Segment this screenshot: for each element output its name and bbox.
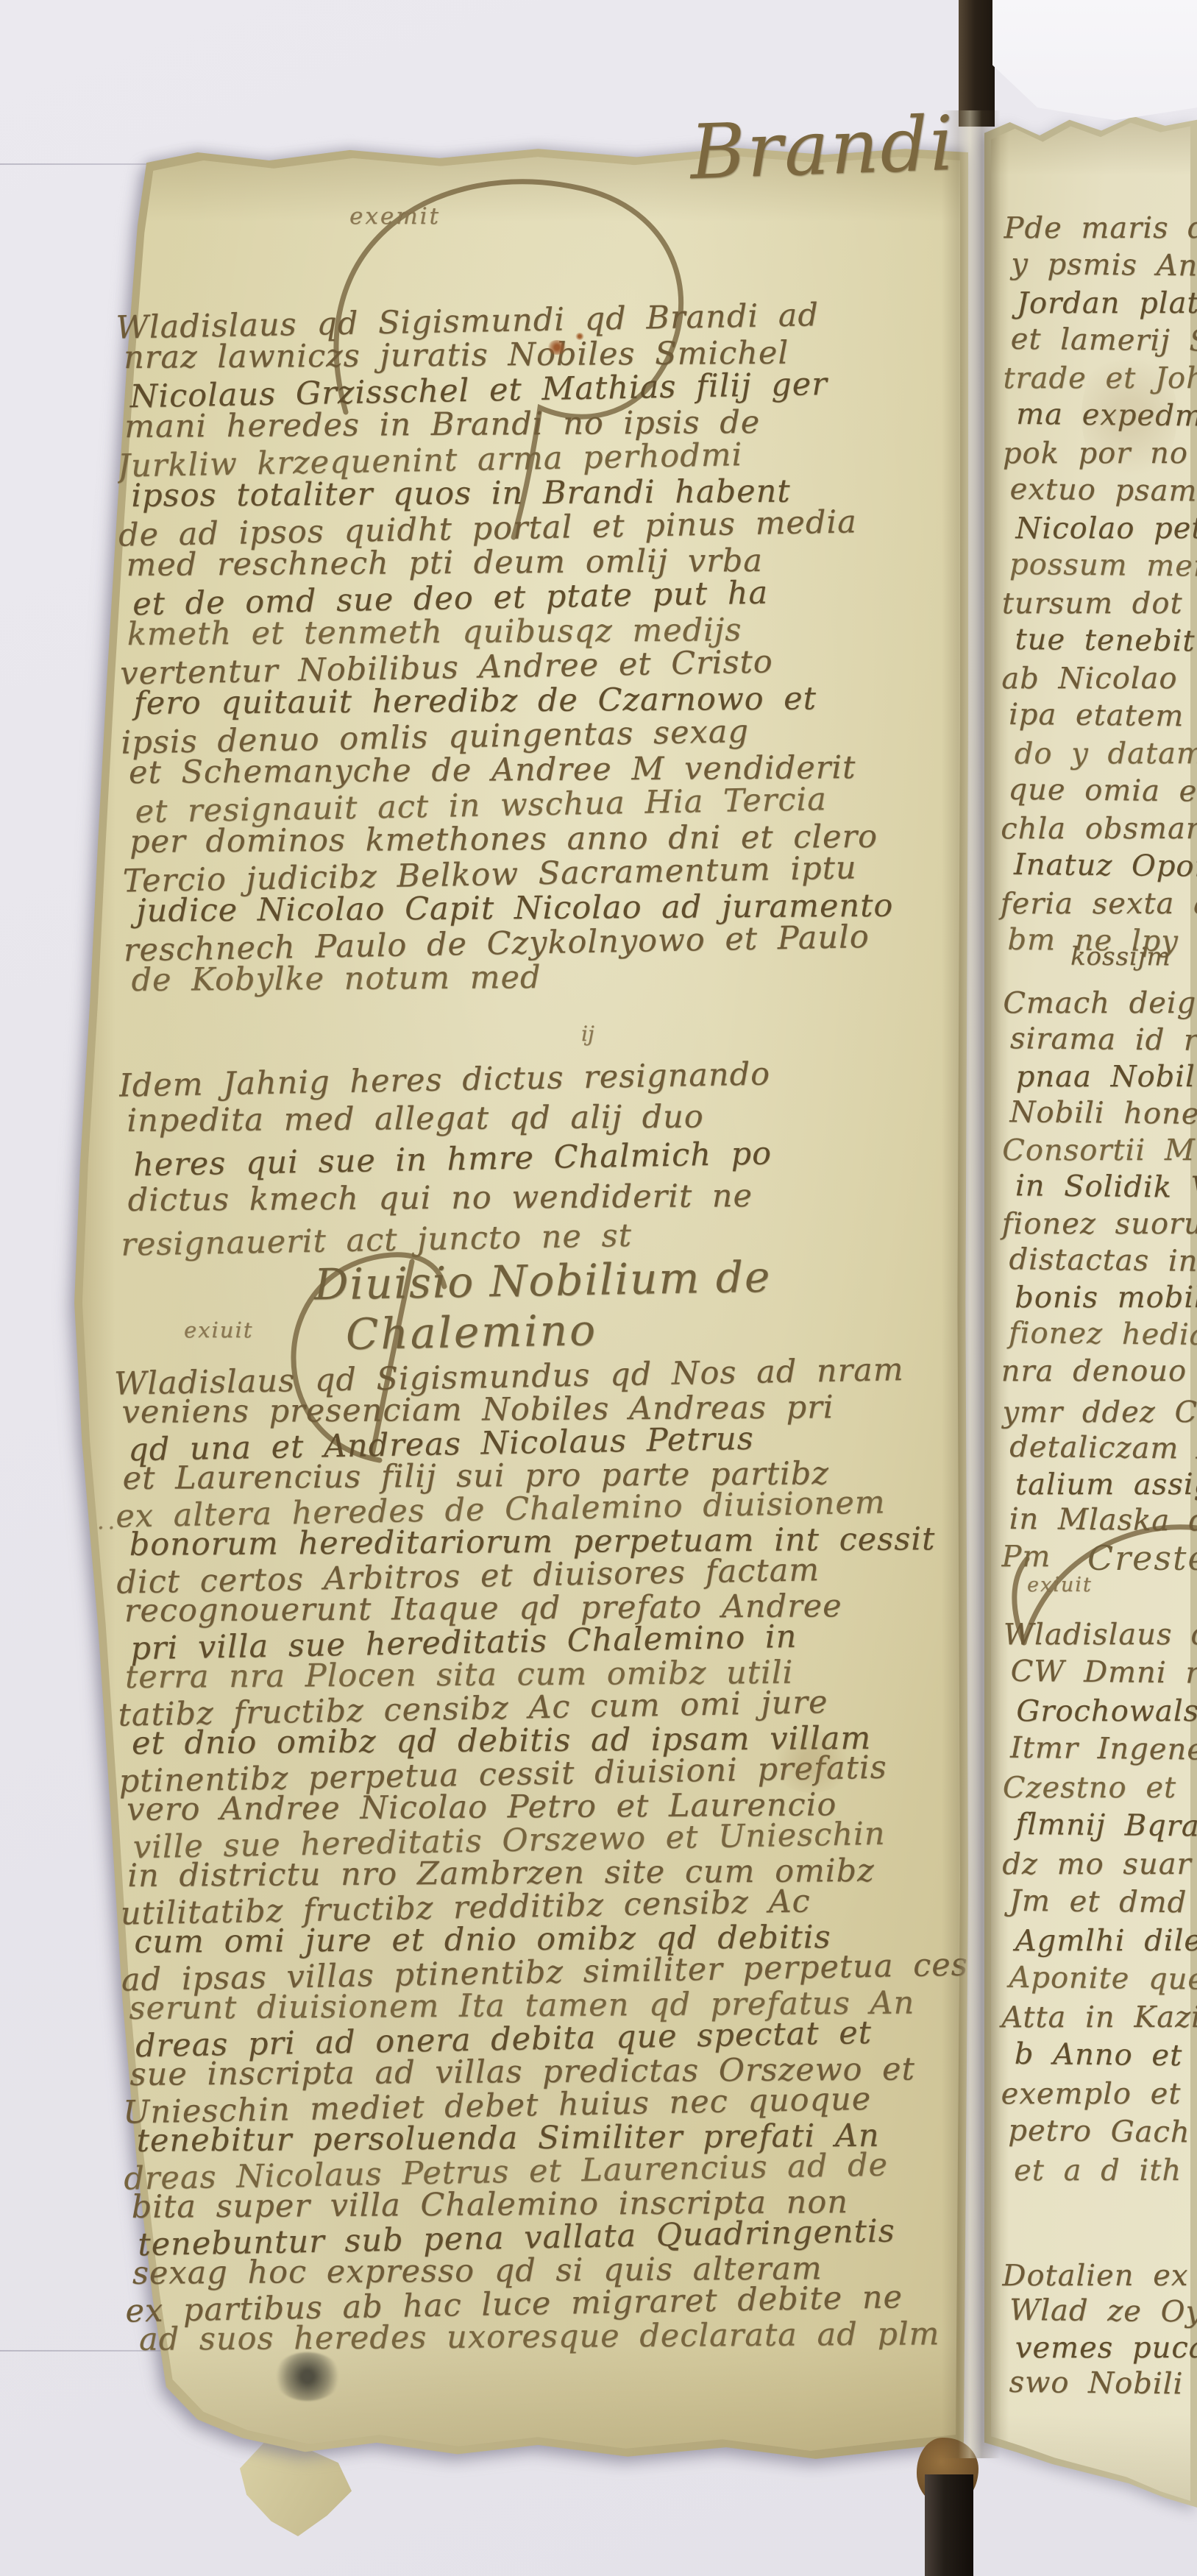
right-block-4: Wladislaus de gmiCW Dmni rehGrochowalska… (1001, 1615, 1197, 2190)
manuscript-line: extuo psams N (1009, 471, 1197, 512)
margin-note-exiuit: exiuit (184, 1317, 253, 1342)
manuscript-line: et a d ith dei (1014, 2151, 1197, 2190)
manuscript-line: detaliczam Ac p (1009, 1429, 1197, 1468)
white-backing-sheet (992, 0, 1197, 125)
entry-title-brandi: Brandi (689, 100, 956, 197)
binding-rod (925, 2474, 973, 2576)
margin-note-exemit: exemit (349, 203, 441, 230)
manuscript-line: possum menate to (1009, 546, 1197, 587)
manuscript-line: swo Nobili Genef (1009, 2365, 1197, 2404)
right-block-2: Cmach deigsirama id r Oupnaa Nobilis uNo… (1001, 984, 1197, 1390)
manuscript-line: CW Dmni reh (1010, 1652, 1197, 1694)
manuscript-line: Dotalien ex (1002, 2258, 1197, 2294)
manuscript-line: distactas in zam (1009, 1241, 1197, 1281)
manuscript-line: ipa etatem ab (1009, 696, 1197, 737)
interline-mark: ij (581, 1022, 594, 1046)
left-paragraph-1: Wladislaus qd Sigismundi qd Brandi adnra… (116, 298, 971, 1000)
left-paragraph-3: Wladislaus qd Sigismundus qd Nos ad nram… (114, 1355, 973, 2359)
manuscript-line: Agmlhi dilech p (1015, 1922, 1197, 1960)
manuscript-line: tursum dot alz (1002, 585, 1197, 623)
manuscript-line: Consortii Mriq (1002, 1132, 1197, 1169)
manuscript-line: pok por no wek (1003, 435, 1197, 473)
manuscript-line: pnaa Nobilis u (1016, 1058, 1197, 1095)
right-stray-word: kossijm (1070, 942, 1171, 972)
right-block-5: Dotalien exWlad ze Oygusfevemes pucatum … (1001, 2257, 1197, 2403)
manuscript-line: fionez hediaria (1009, 1314, 1197, 1354)
manuscript-line: Wladislaus de gmi (1004, 1616, 1197, 1654)
section-heading-chalemino: Chalemino (345, 1305, 597, 1359)
manuscript-line: dz mo suar ij al (1002, 1845, 1197, 1883)
manuscript-line: Jm et dmd me (1009, 1882, 1197, 1924)
manuscript-line: vemes pucatum ho (1015, 2330, 1197, 2366)
manuscript-line: ab Nicolao et Pet (1001, 660, 1197, 698)
manuscript-line: Nicolao petro et la (1015, 510, 1197, 548)
manuscript-line: Wlad ze Oygusfe (1009, 2293, 1197, 2332)
manuscript-line: sirama id r Ou (1010, 1020, 1197, 1060)
manuscript-line: in Solidik V (1015, 1167, 1197, 1207)
right-section-heading-cresten: Cresten (1087, 1538, 1197, 1578)
right-margin-note-exiuit: exiuit (1027, 1574, 1093, 1596)
manuscript-line: Nobili honesti q (1009, 1094, 1197, 1133)
manuscript-line: fionez suorum hi (1002, 1206, 1197, 1242)
manuscript-line: ma expedmit y le (1016, 396, 1197, 437)
manuscript-line: Itmr Ingenebus d (1010, 1729, 1197, 1771)
manuscript-line: Jordan platoni (1017, 285, 1197, 322)
manuscript-line: Inatuz Opong (1014, 846, 1197, 888)
manuscript-line: que omia et sing (1008, 771, 1197, 813)
manuscript-line: Atta in Kazimsch (1001, 1998, 1197, 2037)
manuscript-line: petro Gach Ja (1008, 2112, 1197, 2154)
left-paragraph-2: Idem Jahnig heres dictus resignandoinped… (118, 1053, 968, 1262)
manuscript-line: flmnij Bqra no (1015, 1805, 1197, 1847)
manuscript-line: Aponite que ze (1009, 1958, 1197, 2000)
manuscript-line: Pde maris denal (1004, 210, 1197, 247)
manuscript-line: Cmach deig (1003, 985, 1197, 1022)
section-heading-diuisio: Diuisio Nobilium de (313, 1252, 771, 1310)
manuscript-line: ymr ddez Cum (1002, 1395, 1197, 1431)
manuscript-line: feria sexta an d (1001, 885, 1197, 923)
manuscript-photo: exemit Brandi Wladislaus qd Sigismundi q… (0, 0, 1197, 2576)
manuscript-line: exemplo et Onersch (1001, 2075, 1197, 2113)
manuscript-line: b Anno et sch (1015, 2035, 1197, 2076)
manuscript-line: chla obsmare (1001, 810, 1197, 848)
manuscript-line: y psmis Andr (1011, 246, 1197, 287)
manuscript-line: nra denouo eme (1001, 1353, 1197, 1390)
spine-strip-top (959, 0, 995, 127)
manuscript-line: Grochowalska wr (1016, 1692, 1197, 1730)
manuscript-line: do y datam dmi (1015, 735, 1197, 773)
manuscript-line: et lamerij Smana (1010, 321, 1197, 362)
right-block-1: Pde maris denaly psmis AndrJordan platon… (1000, 209, 1197, 961)
manuscript-line: talium assignamus (1015, 1467, 1197, 1503)
manuscript-line: in Mlaska die d (1009, 1501, 1197, 1540)
manuscript-line: Czestno et nob (1003, 1769, 1197, 1807)
manuscript-line: bonis mobilibz (1015, 1279, 1197, 1316)
manuscript-line: trade et Joh ex (1003, 360, 1197, 397)
manuscript-line: tue tenebitur qm (1015, 621, 1197, 662)
